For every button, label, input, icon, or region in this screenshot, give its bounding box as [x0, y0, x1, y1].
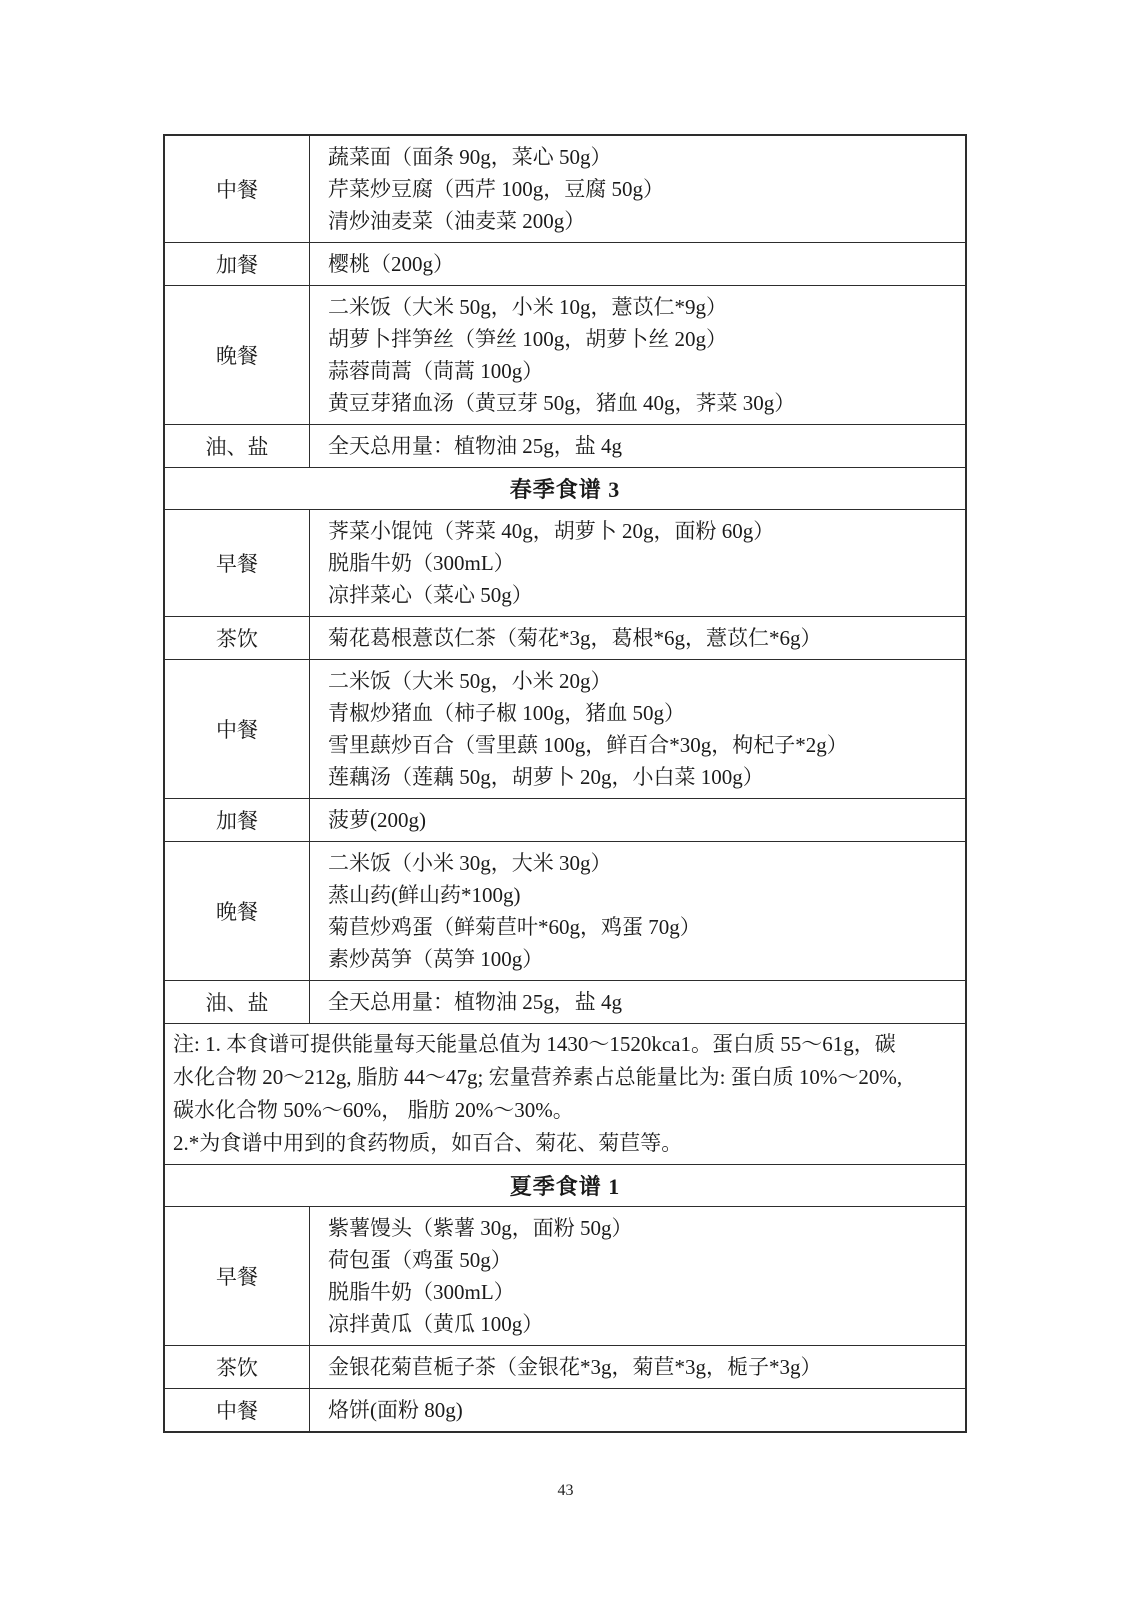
table-row: 早餐荠菜小馄饨（荠菜 40g，胡萝卜 20g，面粉 60g）脱脂牛奶（300mL…	[165, 509, 965, 616]
meal-items: 全天总用量：植物油 25g，盐 4g	[310, 425, 965, 467]
section-header-title: 夏季食谱 1	[165, 1165, 965, 1206]
meal-items: 菊花葛根薏苡仁茶（菊花*3g，葛根*6g，薏苡仁*6g）	[310, 617, 965, 659]
dish-line: 全天总用量：植物油 25g，盐 4g	[328, 986, 955, 1018]
dish-line: 芹菜炒豆腐（西芹 100g，豆腐 50g）	[328, 173, 955, 205]
dish-line: 荷包蛋（鸡蛋 50g）	[328, 1244, 955, 1276]
table-row: 晚餐二米饭（大米 50g，小米 10g，薏苡仁*9g）胡萝卜拌笋丝（笋丝 100…	[165, 285, 965, 424]
dish-line: 二米饭（大米 50g，小米 20g）	[328, 665, 955, 697]
document-page: { "page": { "number": "43", "background_…	[0, 0, 1131, 1600]
dish-line: 菊苣炒鸡蛋（鲜菊苣叶*60g，鸡蛋 70g）	[328, 911, 955, 943]
dish-line: 莲藕汤（莲藕 50g，胡萝卜 20g，小白菜 100g）	[328, 761, 955, 793]
meal-label: 茶饮	[165, 617, 310, 659]
dish-line: 雪里蕻炒百合（雪里蕻 100g，鲜百合*30g，枸杞子*2g）	[328, 729, 955, 761]
note-row: 注: 1. 本食谱可提供能量每天能量总值为 1430～1520kca1。蛋白质 …	[165, 1023, 965, 1164]
dish-line: 荠菜小馄饨（荠菜 40g，胡萝卜 20g，面粉 60g）	[328, 515, 955, 547]
section-header-row: 春季食谱 3	[165, 467, 965, 509]
dish-line: 菊花葛根薏苡仁茶（菊花*3g，葛根*6g，薏苡仁*6g）	[328, 622, 955, 654]
meal-label: 晚餐	[165, 286, 310, 424]
dish-line: 脱脂牛奶（300mL）	[328, 547, 955, 579]
meal-label: 油、盐	[165, 425, 310, 467]
meal-label: 中餐	[165, 660, 310, 798]
dish-line: 脱脂牛奶（300mL）	[328, 1276, 955, 1308]
meal-items: 二米饭（小米 30g，大米 30g）蒸山药(鲜山药*100g)菊苣炒鸡蛋（鲜菊苣…	[310, 842, 965, 980]
table-row: 茶饮金银花菊苣栀子茶（金银花*3g，菊苣*3g，栀子*3g）	[165, 1345, 965, 1388]
meal-items: 金银花菊苣栀子茶（金银花*3g，菊苣*3g，栀子*3g）	[310, 1346, 965, 1388]
note-line: 水化合物 20～212g, 脂肪 44～47g; 宏量营养素占总能量比为: 蛋白…	[173, 1061, 955, 1094]
dish-line: 金银花菊苣栀子茶（金银花*3g，菊苣*3g，栀子*3g）	[328, 1351, 955, 1383]
meal-items: 樱桃（200g）	[310, 243, 965, 285]
meal-items: 菠萝(200g)	[310, 799, 965, 841]
table-row: 中餐二米饭（大米 50g，小米 20g）青椒炒猪血（柿子椒 100g，猪血 50…	[165, 659, 965, 798]
table-row: 晚餐二米饭（小米 30g，大米 30g）蒸山药(鲜山药*100g)菊苣炒鸡蛋（鲜…	[165, 841, 965, 980]
dish-line: 烙饼(面粉 80g)	[328, 1394, 955, 1426]
dish-line: 青椒炒猪血（柿子椒 100g，猪血 50g）	[328, 697, 955, 729]
table-row: 中餐烙饼(面粉 80g)	[165, 1388, 965, 1431]
section-header-title: 春季食谱 3	[165, 468, 965, 509]
dish-line: 胡萝卜拌笋丝（笋丝 100g，胡萝卜丝 20g）	[328, 323, 955, 355]
dish-line: 樱桃（200g）	[328, 248, 955, 280]
dish-line: 蒜蓉茼蒿（茼蒿 100g）	[328, 355, 955, 387]
meal-label: 早餐	[165, 510, 310, 616]
meal-label: 加餐	[165, 799, 310, 841]
meal-label: 加餐	[165, 243, 310, 285]
table-row: 加餐菠萝(200g)	[165, 798, 965, 841]
page-number: 43	[0, 1482, 1131, 1500]
note-line: 2.*为食谱中用到的食药物质，如百合、菊花、菊苣等。	[173, 1127, 955, 1160]
dish-line: 凉拌菜心（菜心 50g）	[328, 579, 955, 611]
table-row: 加餐樱桃（200g）	[165, 242, 965, 285]
note-text: 注: 1. 本食谱可提供能量每天能量总值为 1430～1520kca1。蛋白质 …	[165, 1024, 965, 1164]
dish-line: 蔬菜面（面条 90g，菜心 50g）	[328, 141, 955, 173]
dish-line: 素炒莴笋（莴笋 100g）	[328, 943, 955, 975]
dish-line: 黄豆芽猪血汤（黄豆芽 50g，猪血 40g，荠菜 30g）	[328, 387, 955, 419]
table-row: 早餐紫薯馒头（紫薯 30g，面粉 50g）荷包蛋（鸡蛋 50g）脱脂牛奶（300…	[165, 1206, 965, 1345]
meal-items: 蔬菜面（面条 90g，菜心 50g）芹菜炒豆腐（西芹 100g，豆腐 50g）清…	[310, 136, 965, 242]
meal-items: 紫薯馒头（紫薯 30g，面粉 50g）荷包蛋（鸡蛋 50g）脱脂牛奶（300mL…	[310, 1207, 965, 1345]
meal-label: 中餐	[165, 1389, 310, 1431]
dish-line: 全天总用量：植物油 25g，盐 4g	[328, 430, 955, 462]
dish-line: 凉拌黄瓜（黄瓜 100g）	[328, 1308, 955, 1340]
meal-items: 二米饭（大米 50g，小米 10g，薏苡仁*9g）胡萝卜拌笋丝（笋丝 100g，…	[310, 286, 965, 424]
meal-label: 茶饮	[165, 1346, 310, 1388]
dish-line: 二米饭（小米 30g，大米 30g）	[328, 847, 955, 879]
meal-items: 二米饭（大米 50g，小米 20g）青椒炒猪血（柿子椒 100g，猪血 50g）…	[310, 660, 965, 798]
meal-label: 油、盐	[165, 981, 310, 1023]
menu-table: 中餐蔬菜面（面条 90g，菜心 50g）芹菜炒豆腐（西芹 100g，豆腐 50g…	[163, 134, 967, 1433]
table-row: 油、盐全天总用量：植物油 25g，盐 4g	[165, 980, 965, 1023]
note-line: 注: 1. 本食谱可提供能量每天能量总值为 1430～1520kca1。蛋白质 …	[173, 1028, 955, 1061]
dish-line: 二米饭（大米 50g，小米 10g，薏苡仁*9g）	[328, 291, 955, 323]
section-header-row: 夏季食谱 1	[165, 1164, 965, 1206]
meal-items: 烙饼(面粉 80g)	[310, 1389, 965, 1431]
table-row: 中餐蔬菜面（面条 90g，菜心 50g）芹菜炒豆腐（西芹 100g，豆腐 50g…	[165, 136, 965, 242]
meal-items: 全天总用量：植物油 25g，盐 4g	[310, 981, 965, 1023]
dish-line: 清炒油麦菜（油麦菜 200g）	[328, 205, 955, 237]
meal-label: 早餐	[165, 1207, 310, 1345]
dish-line: 紫薯馒头（紫薯 30g，面粉 50g）	[328, 1212, 955, 1244]
table-row: 茶饮菊花葛根薏苡仁茶（菊花*3g，葛根*6g，薏苡仁*6g）	[165, 616, 965, 659]
meal-label: 晚餐	[165, 842, 310, 980]
meal-items: 荠菜小馄饨（荠菜 40g，胡萝卜 20g，面粉 60g）脱脂牛奶（300mL）凉…	[310, 510, 965, 616]
dish-line: 蒸山药(鲜山药*100g)	[328, 879, 955, 911]
table-row: 油、盐全天总用量：植物油 25g，盐 4g	[165, 424, 965, 467]
note-line: 碳水化合物 50%～60%， 脂肪 20%～30%。	[173, 1094, 955, 1127]
dish-line: 菠萝(200g)	[328, 804, 955, 836]
meal-label: 中餐	[165, 136, 310, 242]
